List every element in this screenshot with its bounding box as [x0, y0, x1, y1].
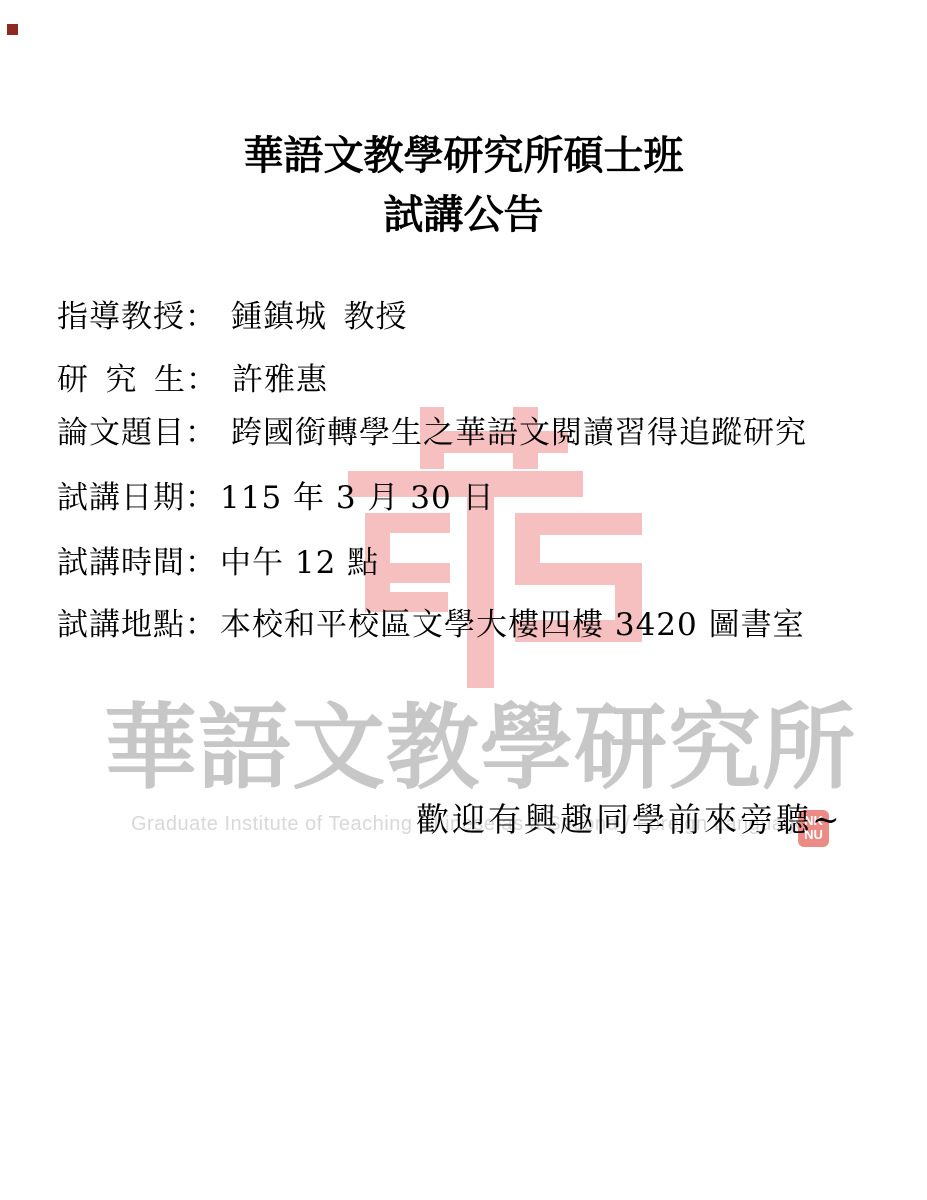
- page-title: 華語文教學研究所碩士班: [0, 133, 927, 179]
- detail-row-date: 試講日期：115 年 3 月 30 日: [57, 480, 495, 516]
- detail-value-date: 115 年 3 月 30 日: [220, 480, 495, 516]
- detail-row-time: 試講時間：中午 12 點: [57, 545, 379, 581]
- detail-label-advisor: 指導教授：: [57, 299, 217, 335]
- detail-label-student: 研 究 生：: [57, 362, 218, 398]
- page-subtitle: 試講公告: [0, 192, 927, 238]
- detail-value-time: 中午 12 點: [220, 545, 379, 581]
- detail-value-advisor: 鍾鎮城 教授: [231, 299, 408, 335]
- detail-label-time: 試講時間：: [57, 545, 217, 581]
- welcome-note: 歡迎有興趣同學前來旁聽~: [416, 794, 843, 841]
- detail-label-location: 試講地點：: [57, 607, 217, 643]
- detail-label-date: 試講日期：: [57, 480, 217, 516]
- corner-mark: [7, 24, 18, 35]
- institute-name-watermark: 華語文教學研究所: [104, 697, 856, 799]
- detail-row-location: 試講地點：本校和平校區文學大樓四樓 3420 圖書室: [57, 607, 805, 643]
- detail-value-location: 本校和平校區文學大樓四樓 3420 圖書室: [220, 607, 805, 643]
- detail-value-thesis-title: 跨國銜轉學生之華語文閱讀習得追蹤研究: [231, 415, 807, 451]
- detail-row-student: 研 究 生：許雅惠: [57, 362, 328, 398]
- detail-value-student: 許雅惠: [232, 362, 328, 398]
- announcement-page: 華語文教學研究所 Graduate Institute of Teaching …: [0, 0, 927, 1200]
- detail-row-advisor: 指導教授：鍾鎮城 教授: [57, 299, 408, 335]
- detail-row-thesis-title: 論文題目：跨國銜轉學生之華語文閱讀習得追蹤研究: [57, 415, 807, 451]
- detail-label-thesis-title: 論文題目：: [57, 415, 217, 451]
